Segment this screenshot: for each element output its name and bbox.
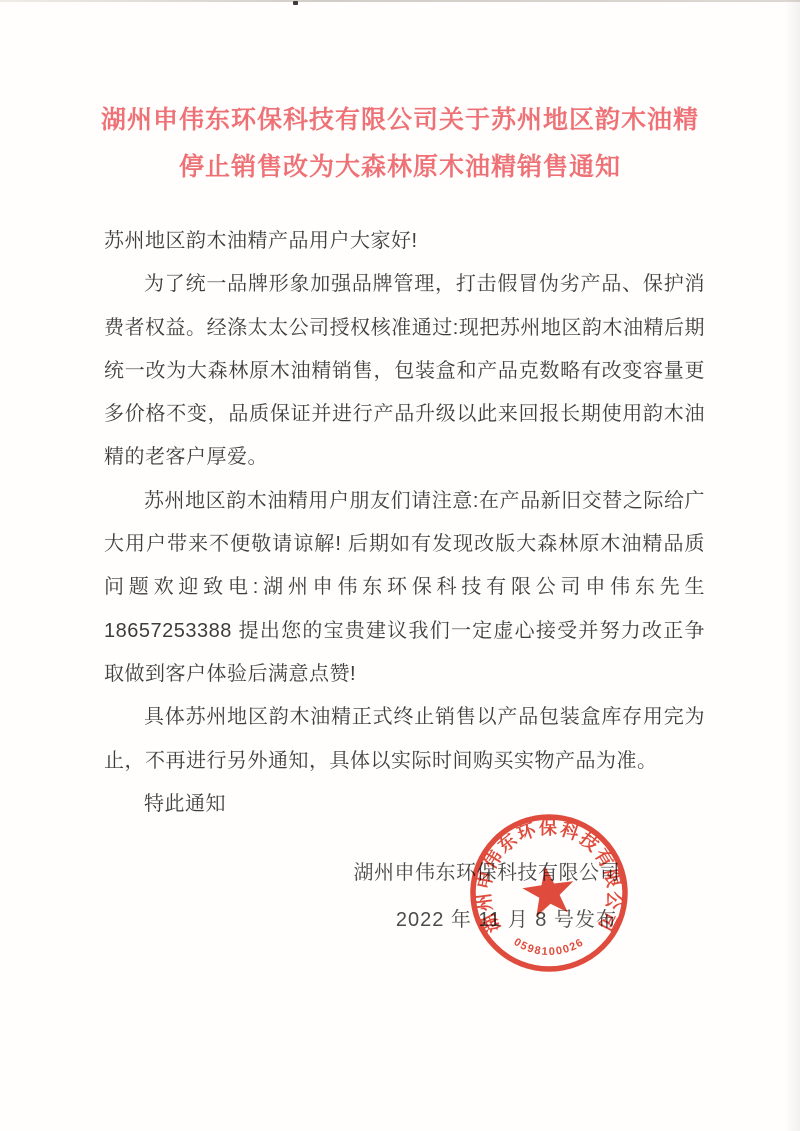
seal-star-icon	[522, 866, 573, 917]
paragraph-greeting: 苏州地区韵木油精产品用户大家好!	[104, 220, 705, 263]
paragraph-brand-change: 为了统一品牌形象加强品牌管理，打击假冒伪劣产品、保护消费者权益。经涤太太公司授权…	[104, 263, 705, 479]
scan-top-edge-line	[0, 0, 800, 2]
company-seal-stamp: 湖州申伟东环保科技有限公司 33059810002673	[464, 808, 634, 978]
document-title-line1: 湖州申伟东环保科技有限公司关于苏州地区韵木油精	[0, 97, 800, 144]
paragraph-user-notice: 苏州地区韵木油精用户朋友们请注意:在产品新旧交替之际给广大用户带来不便敬请谅解!…	[104, 480, 705, 696]
document-body: 苏州地区韵木油精产品用户大家好! 为了统一品牌形象加强品牌管理，打击假冒伪劣产品…	[104, 220, 705, 826]
document-title: 湖州申伟东环保科技有限公司关于苏州地区韵木油精 停止销售改为大森林原木油精销售通…	[0, 97, 800, 191]
notice-document-page: 湖州申伟东环保科技有限公司关于苏州地区韵木油精 停止销售改为大森林原木油精销售通…	[0, 0, 800, 1131]
paragraph-termination: 具体苏州地区韵木油精正式终止销售以产品包装盒库存用完为止，不再进行另外通知，具体…	[104, 696, 705, 783]
document-title-line2: 停止销售改为大森林原木油精销售通知	[0, 144, 800, 191]
scan-artifact-speck	[293, 1, 298, 5]
seal-graphic: 湖州申伟东环保科技有限公司 33059810002673	[464, 808, 634, 978]
